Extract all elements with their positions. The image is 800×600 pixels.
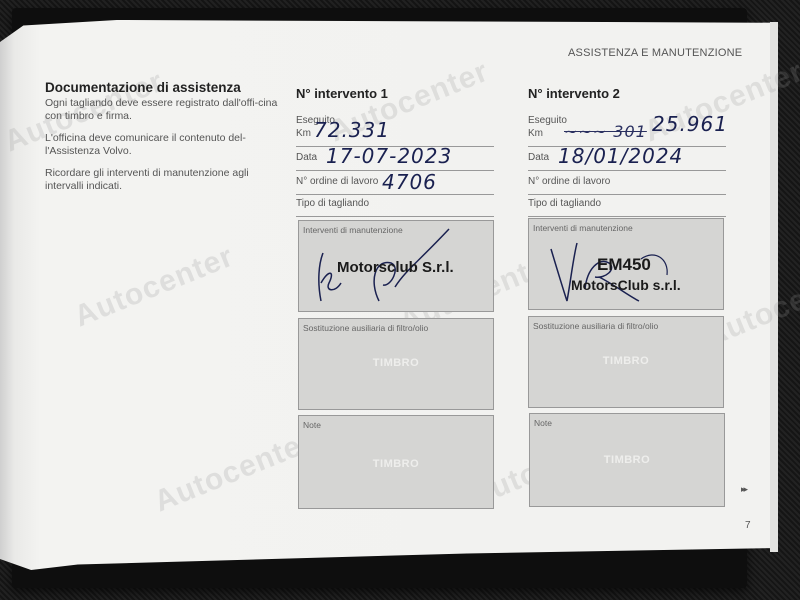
km-value: 72.331 [314,118,390,142]
timbro-placeholder: TIMBRO [299,458,493,470]
box-label: Note [534,418,552,428]
filter-box-1[interactable]: Sostituzione ausiliaria di filtro/olio T… [298,318,494,410]
date-field[interactable]: Data 17-07-2023 [296,150,494,171]
page-number: 7 [745,520,751,531]
date-label: Data [296,152,317,163]
intervention-title: N° intervento 2 [528,86,726,101]
intro-title: Documentazione di assistenza [45,80,280,95]
km-label: Km [296,128,311,139]
order-field[interactable]: N° ordine di lavoro 4706 [296,174,494,195]
order-label: N° ordine di lavoro [528,176,610,187]
page-edge [770,22,778,552]
filter-box-2[interactable]: Sostituzione ausiliaria di filtro/olio T… [528,316,724,408]
timbro-placeholder: TIMBRO [530,454,724,466]
box-label: Note [303,420,321,430]
date-value: 17-07-2023 [326,144,452,168]
date-label: Data [528,152,549,163]
box-label: Sostituzione ausiliaria di filtro/olio [533,321,658,331]
note-box-1[interactable]: Note TIMBRO [298,415,494,509]
timbro-placeholder: TIMBRO [529,355,723,367]
tipo-label: Tipo di tagliando [296,198,494,217]
maintenance-box-1[interactable]: Interventi di manutenzione Motorsclub S.… [298,220,494,312]
intro-paragraph: Ogni tagliando deve essere registrato da… [45,97,280,123]
intervention-title: N° intervento 1 [296,86,494,101]
workshop-stamp: Motorsclub S.r.l. [337,259,454,276]
intervention-2: N° intervento 2 Eseguito Km ~~~ 301 25.9… [528,86,726,217]
note-box-2[interactable]: Note TIMBRO [529,413,725,507]
km-label: Km [528,128,543,139]
maintenance-box-2[interactable]: Interventi di manutenzione EM450 MotorsC… [528,218,724,310]
intro-paragraph: L'officina deve comunicare il contenuto … [45,132,280,158]
workshop-stamp: MotorsClub s.r.l. [571,277,681,293]
order-value: 4706 [382,170,437,194]
tipo-label: Tipo di tagliando [528,198,726,217]
box-label: Sostituzione ausiliaria di filtro/olio [303,323,428,333]
intro-section: Documentazione di assistenza Ogni taglia… [45,80,280,202]
intervention-1: N° intervento 1 Eseguito Km 72.331 Data … [296,86,494,217]
order-field[interactable]: N° ordine di lavoro [528,174,726,195]
km-value: 25.961 [652,112,728,136]
date-value: 18/01/2024 [558,144,683,168]
intro-paragraph: Ricordare gli interventi di manutenzione… [45,167,280,193]
date-field[interactable]: Data 18/01/2024 [528,150,726,171]
timbro-placeholder: TIMBRO [299,357,493,369]
section-header: ASSISTENZA E MANUTENZIONE [568,47,742,59]
next-page-icon: ▸▸ [741,484,746,495]
workshop-stamp-code: EM450 [597,255,651,275]
order-label: N° ordine di lavoro [296,176,378,187]
km-struck-value: ~~~ 301 [564,122,647,141]
